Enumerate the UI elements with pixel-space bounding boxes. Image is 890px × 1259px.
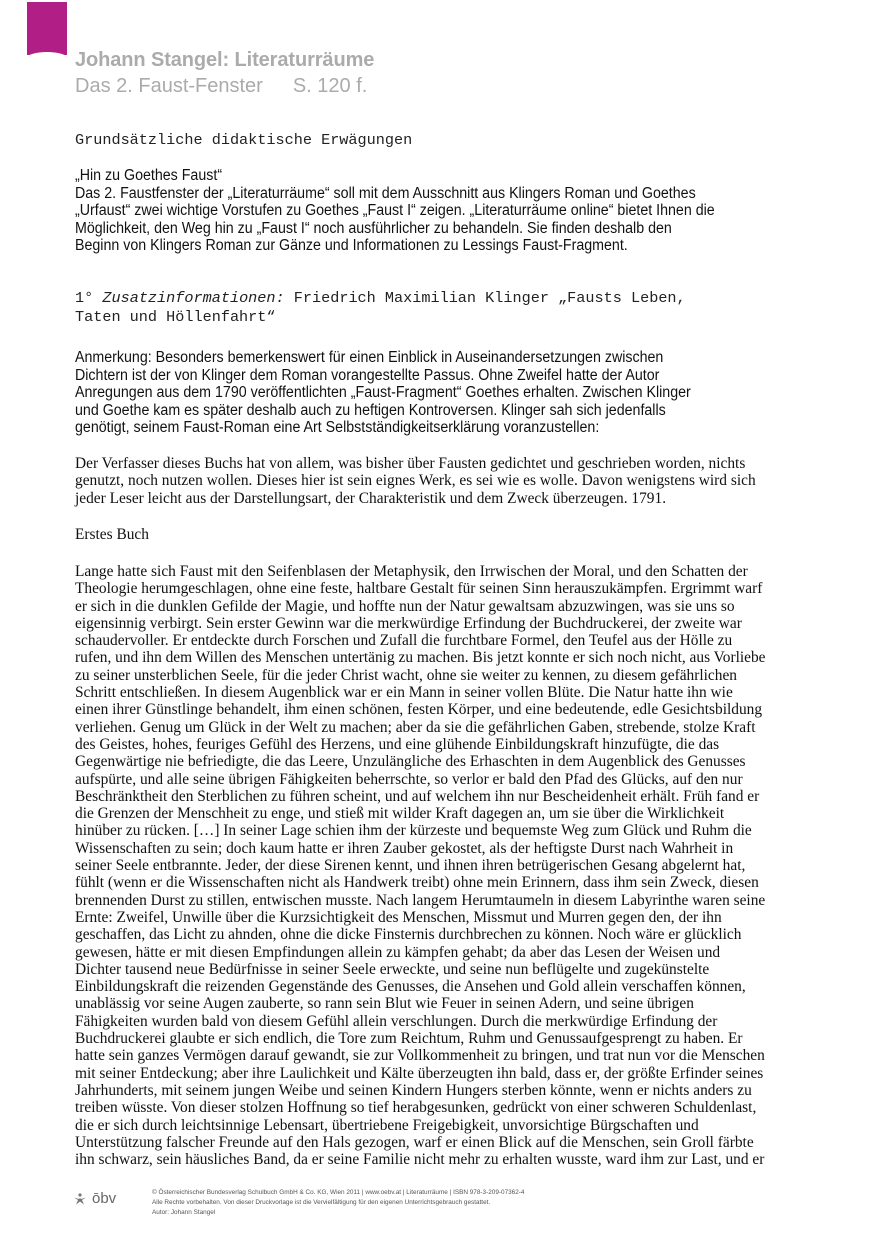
novel-line: Lange hatte sich Faust mit den Seifenbla… bbox=[75, 563, 766, 580]
novel-line: schaudervoller. Er entdeckte durch Forsc… bbox=[75, 632, 766, 649]
anmerkung-line: und Goethe kam es später deshalb auch zu… bbox=[75, 402, 691, 420]
novel-line: er sich in die dunklen Gefilde der Magie… bbox=[75, 598, 766, 615]
novel-line: rufen, und ihn dem Willen des Menschen u… bbox=[75, 649, 766, 666]
novel-line: zu seiner unsterblichen Seele, für die j… bbox=[75, 667, 766, 684]
novel-line: seiner Seele entbrannte. Jeder, der dies… bbox=[75, 857, 766, 874]
novel-line: ihn schwarz, sein häusliches Band, da er… bbox=[75, 1151, 766, 1168]
novel-line: geschaffen, das Licht zu ahnden, ohne di… bbox=[75, 926, 766, 943]
novel-line: eigensinnig verbirgt. Sein erster Gewinn… bbox=[75, 615, 766, 632]
logo-text: ōbv bbox=[92, 1190, 116, 1207]
section-heading-text: Grundsätzliche didaktische Erwägungen bbox=[75, 131, 412, 150]
novel-line: brennenden Durst zu stillen, entwischen … bbox=[75, 892, 766, 909]
intro-line: „Hin zu Goethes Faust“ bbox=[75, 167, 715, 185]
novel-line: Schritt entschließen. In diesem Augenbli… bbox=[75, 684, 766, 701]
zusatz-label: Zusatzinformationen: bbox=[102, 289, 284, 307]
zusatz-heading-line-1: 1° Zusatzinformationen: Friedrich Maximi… bbox=[75, 289, 686, 308]
novel-line: die Grenzen der Menschheit zu enge, und … bbox=[75, 805, 766, 822]
novel-line: einen ihrer Günstlinge behandelt, ihm ei… bbox=[75, 701, 766, 718]
novel-line: Theologie herumgeschlagen, ohne eine fes… bbox=[75, 580, 766, 597]
novel-line: mit seiner Entdeckung; aber ihre Laulich… bbox=[75, 1065, 766, 1082]
intro-line: Möglichkeit, den Weg hin zu „Faust I“ no… bbox=[75, 220, 715, 238]
anmerkung-line: Anregungen aus dem 1790 veröffentlichten… bbox=[75, 384, 691, 402]
author-line: Autor: Johann Stangel bbox=[152, 1208, 524, 1218]
publisher-logo: ōbv bbox=[73, 1190, 116, 1207]
zusatz-number: 1° bbox=[75, 289, 93, 307]
zusatz-title-part-1: Friedrich Maximilian Klinger „Fausts Leb… bbox=[285, 289, 686, 307]
vorwort-line: Der Verfasser dieses Buchs hat von allem… bbox=[75, 455, 756, 472]
anmerkung-line: Dichtern ist der von Klinger dem Roman v… bbox=[75, 367, 691, 385]
novel-line: Einbildungskraft die reizenden Gegenstän… bbox=[75, 978, 766, 995]
subtitle-text: Das 2. Faust-Fenster bbox=[75, 75, 263, 97]
bookmark-tab-decoration bbox=[27, 2, 67, 55]
novel-line: treiben wüsste. Von dieser stolzen Hoffn… bbox=[75, 1099, 766, 1116]
page-reference: S. 120 f. bbox=[293, 75, 368, 97]
novel-line: fühlt (wenn er die Wissenschaften nicht … bbox=[75, 874, 766, 891]
novel-line: Fähigkeiten wurden bald von diesem Gefüh… bbox=[75, 1013, 766, 1030]
novel-line: Ernte: Zweifel, Unwille über die Kurzsic… bbox=[75, 909, 766, 926]
vorwort-line: jeder Leser leicht aus der Darstellungsa… bbox=[75, 490, 756, 507]
book-heading-text: Erstes Buch bbox=[75, 526, 149, 543]
novel-line: Beschränktheit den Sterblichen zu führen… bbox=[75, 788, 766, 805]
novel-line: Wissenschaften zu sein; doch kaum hatte … bbox=[75, 840, 766, 857]
copyright-line: © Österreichischer Bundesverlag Schulbuc… bbox=[152, 1188, 524, 1198]
zusatz-title-part-2: Taten und Höllenfahrt“ bbox=[75, 308, 686, 327]
document-subtitle: Das 2. Faust-FensterS. 120 f. bbox=[75, 75, 367, 98]
oebv-star-icon bbox=[73, 1193, 87, 1205]
copyright-notice: © Österreichischer Bundesverlag Schulbuc… bbox=[152, 1188, 524, 1218]
intro-paragraph: „Hin zu Goethes Faust“ Das 2. Faustfenst… bbox=[75, 167, 715, 255]
novel-line: hatte sein ganzes Vermögen darauf gewand… bbox=[75, 1047, 766, 1064]
book-heading: Erstes Buch bbox=[75, 526, 149, 543]
novel-excerpt: Lange hatte sich Faust mit den Seifenbla… bbox=[75, 563, 766, 1168]
intro-line: Das 2. Faustfenster der „Literaturräume“… bbox=[75, 185, 715, 203]
rights-line: Alle Rechte vorbehalten. Von dieser Druc… bbox=[152, 1198, 524, 1208]
novel-line: Jahrhunderts, mit seinem jungen Weibe un… bbox=[75, 1082, 766, 1099]
vorwort-paragraph: Der Verfasser dieses Buchs hat von allem… bbox=[75, 455, 756, 507]
novel-line: verliehen. Genug um Glück in der Welt zu… bbox=[75, 719, 766, 736]
anmerkung-line: genötigt, seinem Faust-Roman eine Art Se… bbox=[75, 419, 691, 437]
novel-line: die er sich durch leichtsinnige Lebensar… bbox=[75, 1117, 766, 1134]
zusatz-heading: 1° Zusatzinformationen: Friedrich Maximi… bbox=[75, 289, 686, 327]
section-heading: Grundsätzliche didaktische Erwägungen bbox=[75, 131, 412, 150]
intro-line: „Urfaust“ zwei wichtige Vorstufen zu Goe… bbox=[75, 202, 715, 220]
novel-line: unablässig vor seine Augen zauberte, so … bbox=[75, 995, 766, 1012]
novel-line: gewesen, hätte er mit diesen Empfindunge… bbox=[75, 944, 766, 961]
anmerkung-paragraph: Anmerkung: Besonders bemerkenswert für e… bbox=[75, 349, 691, 437]
novel-line: Buchdruckerei glaubte er sich endlich, d… bbox=[75, 1030, 766, 1047]
vorwort-line: genutzt, noch nutzen wollen. Dieses hier… bbox=[75, 472, 756, 489]
novel-line: Dichter tausend neue Bedürfnisse in sein… bbox=[75, 961, 766, 978]
novel-line: des Geistes, hohes, feuriges Gefühl des … bbox=[75, 736, 766, 753]
novel-line: Unterstützung falscher Freunde auf den H… bbox=[75, 1134, 766, 1151]
novel-line: hinüber zu rücken. […] In seiner Lage sc… bbox=[75, 822, 766, 839]
intro-line: Beginn von Klingers Roman zur Gänze und … bbox=[75, 237, 715, 255]
novel-line: aufspürte, und alle seine übrigen Fähigk… bbox=[75, 771, 766, 788]
document-title: Johann Stangel: Literaturräume bbox=[75, 49, 374, 72]
anmerkung-line: Anmerkung: Besonders bemerkenswert für e… bbox=[75, 349, 691, 367]
novel-line: Gegenwärtige nie befriedigte, die das Le… bbox=[75, 753, 766, 770]
